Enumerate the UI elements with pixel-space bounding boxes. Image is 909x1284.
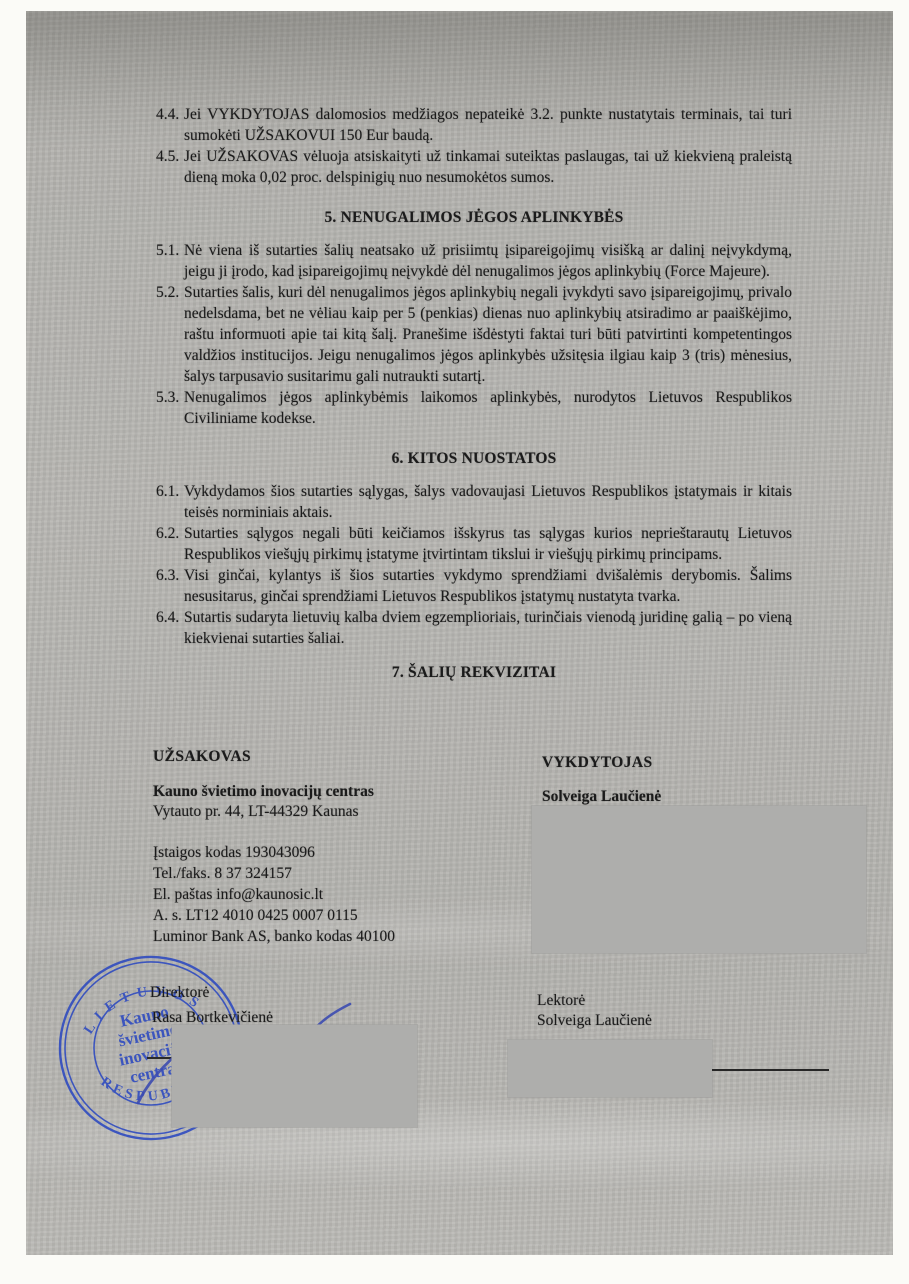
clause-text: Sutarties sąlygos negali būti keičiamos … bbox=[184, 525, 792, 563]
contract-clause: 6.3. Visi ginčai, kylantys iš šios sutar… bbox=[156, 565, 792, 607]
contractor-signer-title: Lektorė bbox=[537, 990, 585, 1011]
contract-clause: 6.1. Vykdydamos šios sutarties sąlygas, … bbox=[156, 481, 792, 523]
redaction-block-contractor-details bbox=[532, 806, 866, 953]
contract-clause: 4.4. Jei VYKDYTOJAS dalomosios medžiagos… bbox=[156, 104, 792, 146]
contract-clause: 5.3. Nenugalimos jėgos aplinkybėmis laik… bbox=[156, 387, 792, 429]
section-heading: 7. ŠALIŲ REKVIZITAI bbox=[156, 662, 792, 683]
clause-text: Jei UŽSAKOVAS vėluoja atsiskaityti už ti… bbox=[184, 148, 792, 186]
client-details: Įstaigos kodas 193043096 Tel./faks. 8 37… bbox=[153, 842, 395, 947]
clause-number: 5.2. bbox=[156, 282, 179, 303]
contractor-signer-name: Solveiga Laučienė bbox=[537, 1010, 652, 1031]
clause-text: Jei VYKDYTOJAS dalomosios medžiagos nepa… bbox=[184, 106, 792, 144]
contract-clause: 5.2. Sutarties šalis, kuri dėl nenugalim… bbox=[156, 282, 792, 387]
clause-number: 6.4. bbox=[156, 607, 179, 628]
client-bank-account: A. s. LT12 4010 0425 0007 0115 bbox=[153, 905, 395, 926]
contract-clause: 4.5. Jei UŽSAKOVAS vėluoja atsiskaityti … bbox=[156, 146, 792, 188]
clause-text: Sutarties šalis, kuri dėl nenugalimos jė… bbox=[184, 284, 792, 385]
redaction-block-contractor-signature bbox=[508, 1040, 712, 1097]
section-heading: 6. KITOS NUOSTATOS bbox=[156, 448, 792, 469]
contractor-signature-line bbox=[712, 1069, 829, 1071]
contract-clause: 6.2. Sutarties sąlygos negali būti keiči… bbox=[156, 523, 792, 565]
clause-number: 6.2. bbox=[156, 523, 179, 544]
client-email: El. paštas info@kaunosic.lt bbox=[153, 884, 395, 905]
clause-number: 6.1. bbox=[156, 481, 179, 502]
ink-stroke-lower bbox=[138, 1056, 175, 1103]
document-page: 4.4. Jei VYKDYTOJAS dalomosios medžiagos… bbox=[26, 11, 893, 1255]
contract-clause: 6.4. Sutartis sudaryta lietuvių kalba dv… bbox=[156, 607, 792, 649]
clause-text: Nė viena iš sutarties šalių neatsako už … bbox=[184, 242, 792, 280]
client-address: Vytauto pr. 44, LT-44329 Kaunas bbox=[153, 801, 359, 822]
clause-text: Vykdydamos šios sutarties sąlygas, šalys… bbox=[184, 483, 792, 521]
contractor-name: Solveiga Laučienė bbox=[542, 786, 661, 807]
redaction-block-client-signature bbox=[172, 1025, 417, 1127]
contract-clause: 5.1. Nė viena iš sutarties šalių neatsak… bbox=[156, 240, 792, 282]
client-role-heading: UŽSAKOVAS bbox=[153, 746, 251, 767]
client-company-code: Įstaigos kodas 193043096 bbox=[153, 842, 395, 863]
clause-text: Visi ginčai, kylantys iš šios sutarties … bbox=[184, 567, 792, 605]
contractor-role-heading: VYKDYTOJAS bbox=[542, 752, 653, 773]
clause-number: 4.4. bbox=[156, 104, 179, 125]
contract-body: 4.4. Jei VYKDYTOJAS dalomosios medžiagos… bbox=[156, 104, 792, 683]
clause-text: Nenugalimos jėgos aplinkybėmis laikomos … bbox=[184, 389, 792, 427]
clause-text: Sutartis sudaryta lietuvių kalba dviem e… bbox=[184, 609, 792, 647]
clause-number: 6.3. bbox=[156, 565, 179, 586]
clause-number: 4.5. bbox=[156, 146, 179, 167]
clause-number: 5.1. bbox=[156, 240, 179, 261]
section-heading: 5. NENUGALIMOS JĖGOS APLINKYBĖS bbox=[156, 207, 792, 228]
client-phone-fax: Tel./faks. 8 37 324157 bbox=[153, 863, 395, 884]
client-name: Kauno švietimo inovacijų centras bbox=[153, 781, 374, 802]
clause-number: 5.3. bbox=[156, 387, 179, 408]
